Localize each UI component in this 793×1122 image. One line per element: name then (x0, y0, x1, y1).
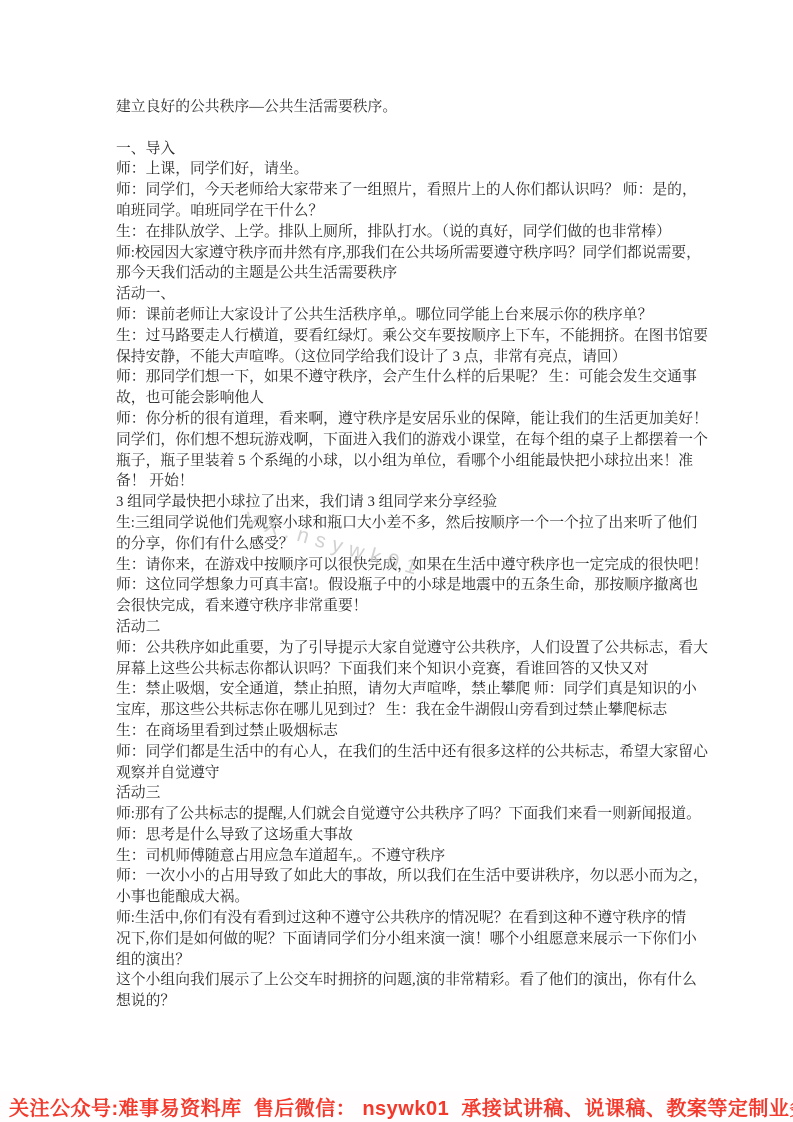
document-page: 建立良好的公共秩序—公共生活需要秩序。一、导入师：上课，同学们好，请坐。师：同学… (0, 0, 793, 1122)
footer-promo-text: 关注公众号:难事易资料库 售后微信： nsywk01 承接试讲稿、说课稿、教案等… (0, 1092, 793, 1121)
text-line: 况下,你们是如何做的呢？下面请同学们分小组来演一演！哪个小组愿意来展示一下你们小 (116, 929, 716, 950)
text-line: 活动三 (116, 783, 716, 804)
document-title: 建立良好的公共秩序—公共生活需要秩序。 (116, 97, 716, 118)
text-line: 生：禁止吸烟，安全通道，禁止拍照，请勿大声喧哗，禁止攀爬 师：同学们真是知识的小 (116, 679, 716, 700)
text-line: 会很快完成，看来遵守秩序非常重要！ (116, 596, 716, 617)
text-line: 活动一、 (116, 284, 716, 305)
text-line: 师:校园因大家遵守秩序而井然有序,那我们在公共场所需要遵守秩序吗？同学们都说需要… (116, 243, 716, 264)
text-line: 师：课前老师让大家设计了公共生活秩序单,。哪位同学能上台来展示你的秩序单？ (116, 305, 716, 326)
text-line: 想说的？ (116, 991, 716, 1012)
text-line: 屏幕上这些公共标志你都认识吗？下面我们来个知识小竞赛，看谁回答的又快又对 (116, 659, 716, 680)
footer-banner: 关注公众号:难事易资料库 售后微信： nsywk01 承接试讲稿、说课稿、教案等… (0, 1091, 793, 1122)
text-line: 生:三组同学说他们先观察小球和瓶口大小差不多，然后按顺序一个一个拉了出来听了他们 (116, 513, 716, 534)
text-line: 师：同学们都是生活中的有心人，在我们的生活中还有很多这样的公共标志，希望大家留心 (116, 742, 716, 763)
text-line: 师：你分析的很有道理，看来啊，遵守秩序是安居乐业的保障，能让我们的生活更加美好！ (116, 409, 716, 430)
text-line: 生：在排队放学、上学。排队上厕所，排队打水。（说的真好，同学们做的也非常棒） (116, 222, 716, 243)
text-line: 备！ 开始！ (116, 471, 716, 492)
text-line: 小事也能酿成大祸。 (116, 887, 716, 908)
text-line: 这个小组向我们展示了上公交车时拥挤的问题,演的非常精彩。看了他们的演出，你有什么 (116, 970, 716, 991)
document-body: 建立良好的公共秩序—公共生活需要秩序。一、导入师：上课，同学们好，请坐。师：同学… (116, 97, 716, 1012)
text-line: 宝库，那这些公共标志你在哪儿见到过？ 生：我在金牛湖假山旁看到过禁止攀爬标志 (116, 700, 716, 721)
text-line: 师：思考是什么导致了这场重大事故 (116, 825, 716, 846)
text-line: 一、导入 (116, 139, 716, 160)
text-line: 故，也可能会影响他人 (116, 388, 716, 409)
text-line: 的分享，你们有什么感受？ (116, 534, 716, 555)
text-line: 师：一次小小的占用导致了如此大的事故，所以我们在生活中要讲秩序，勿以恶小而为之， (116, 866, 716, 887)
text-line: 生：司机师傅随意占用应急车道超车,。不遵守秩序 (116, 846, 716, 867)
text-line: 师:那有了公共标志的提醒,人们就会自觉遵守公共秩序了吗？下面我们来看一则新闻报道… (116, 804, 716, 825)
text-line (116, 118, 716, 139)
text-line: 瓶子，瓶子里装着 5 个系绳的小球，以小组为单位，看哪个小组能最快把小球拉出来！… (116, 451, 716, 472)
text-line: 生：在商场里看到过禁止吸烟标志 (116, 721, 716, 742)
text-line: 师：公共秩序如此重要，为了引导提示大家自觉遵守公共秩序，人们设置了公共标志，看大 (116, 638, 716, 659)
text-line: 师：同学们，今天老师给大家带来了一组照片，看照片上的人你们都认识吗？ 师：是的， (116, 180, 716, 201)
text-line: 生：过马路要走人行横道，要看红绿灯。乘公交车要按顺序上下车，不能拥挤。在图书馆要 (116, 326, 716, 347)
text-line: 师：那同学们想一下，如果不遵守秩序，会产生什么样的后果呢？ 生：可能会发生交通事 (116, 367, 716, 388)
text-line: 生：请你来，在游戏中按顺序可以很快完成，如果在生活中遵守秩序也一定完成的很快吧！ (116, 555, 716, 576)
text-line: 那今天我们活动的主题是公共生活需要秩序 (116, 263, 716, 284)
text-line: 咱班同学。咱班同学在干什么？ (116, 201, 716, 222)
text-line: 师：上课，同学们好，请坐。 (116, 159, 716, 180)
text-line: 同学们，你们想不想玩游戏啊，下面进入我们的游戏小课堂，在每个组的桌子上都摆着一个 (116, 430, 716, 451)
text-line: 师:生活中,你们有没有看到过这种不遵守公共秩序的情况呢？在看到这种不遵守秩序的情 (116, 908, 716, 929)
text-line: 3 组同学最快把小球拉了出来，我们请 3 组同学来分享经验 (116, 492, 716, 513)
text-line: 组的演出？ (116, 950, 716, 971)
text-line: 保持安静，不能大声喧哗。（这位同学给我们设计了 3 点，非常有亮点，请回） (116, 347, 716, 368)
text-line: 师：这位同学想象力可真丰富!。假设瓶子中的小球是地震中的五条生命，那按顺序撤离也 (116, 575, 716, 596)
text-line: 观察并自觉遵守 (116, 763, 716, 784)
text-line: 活动二 (116, 617, 716, 638)
